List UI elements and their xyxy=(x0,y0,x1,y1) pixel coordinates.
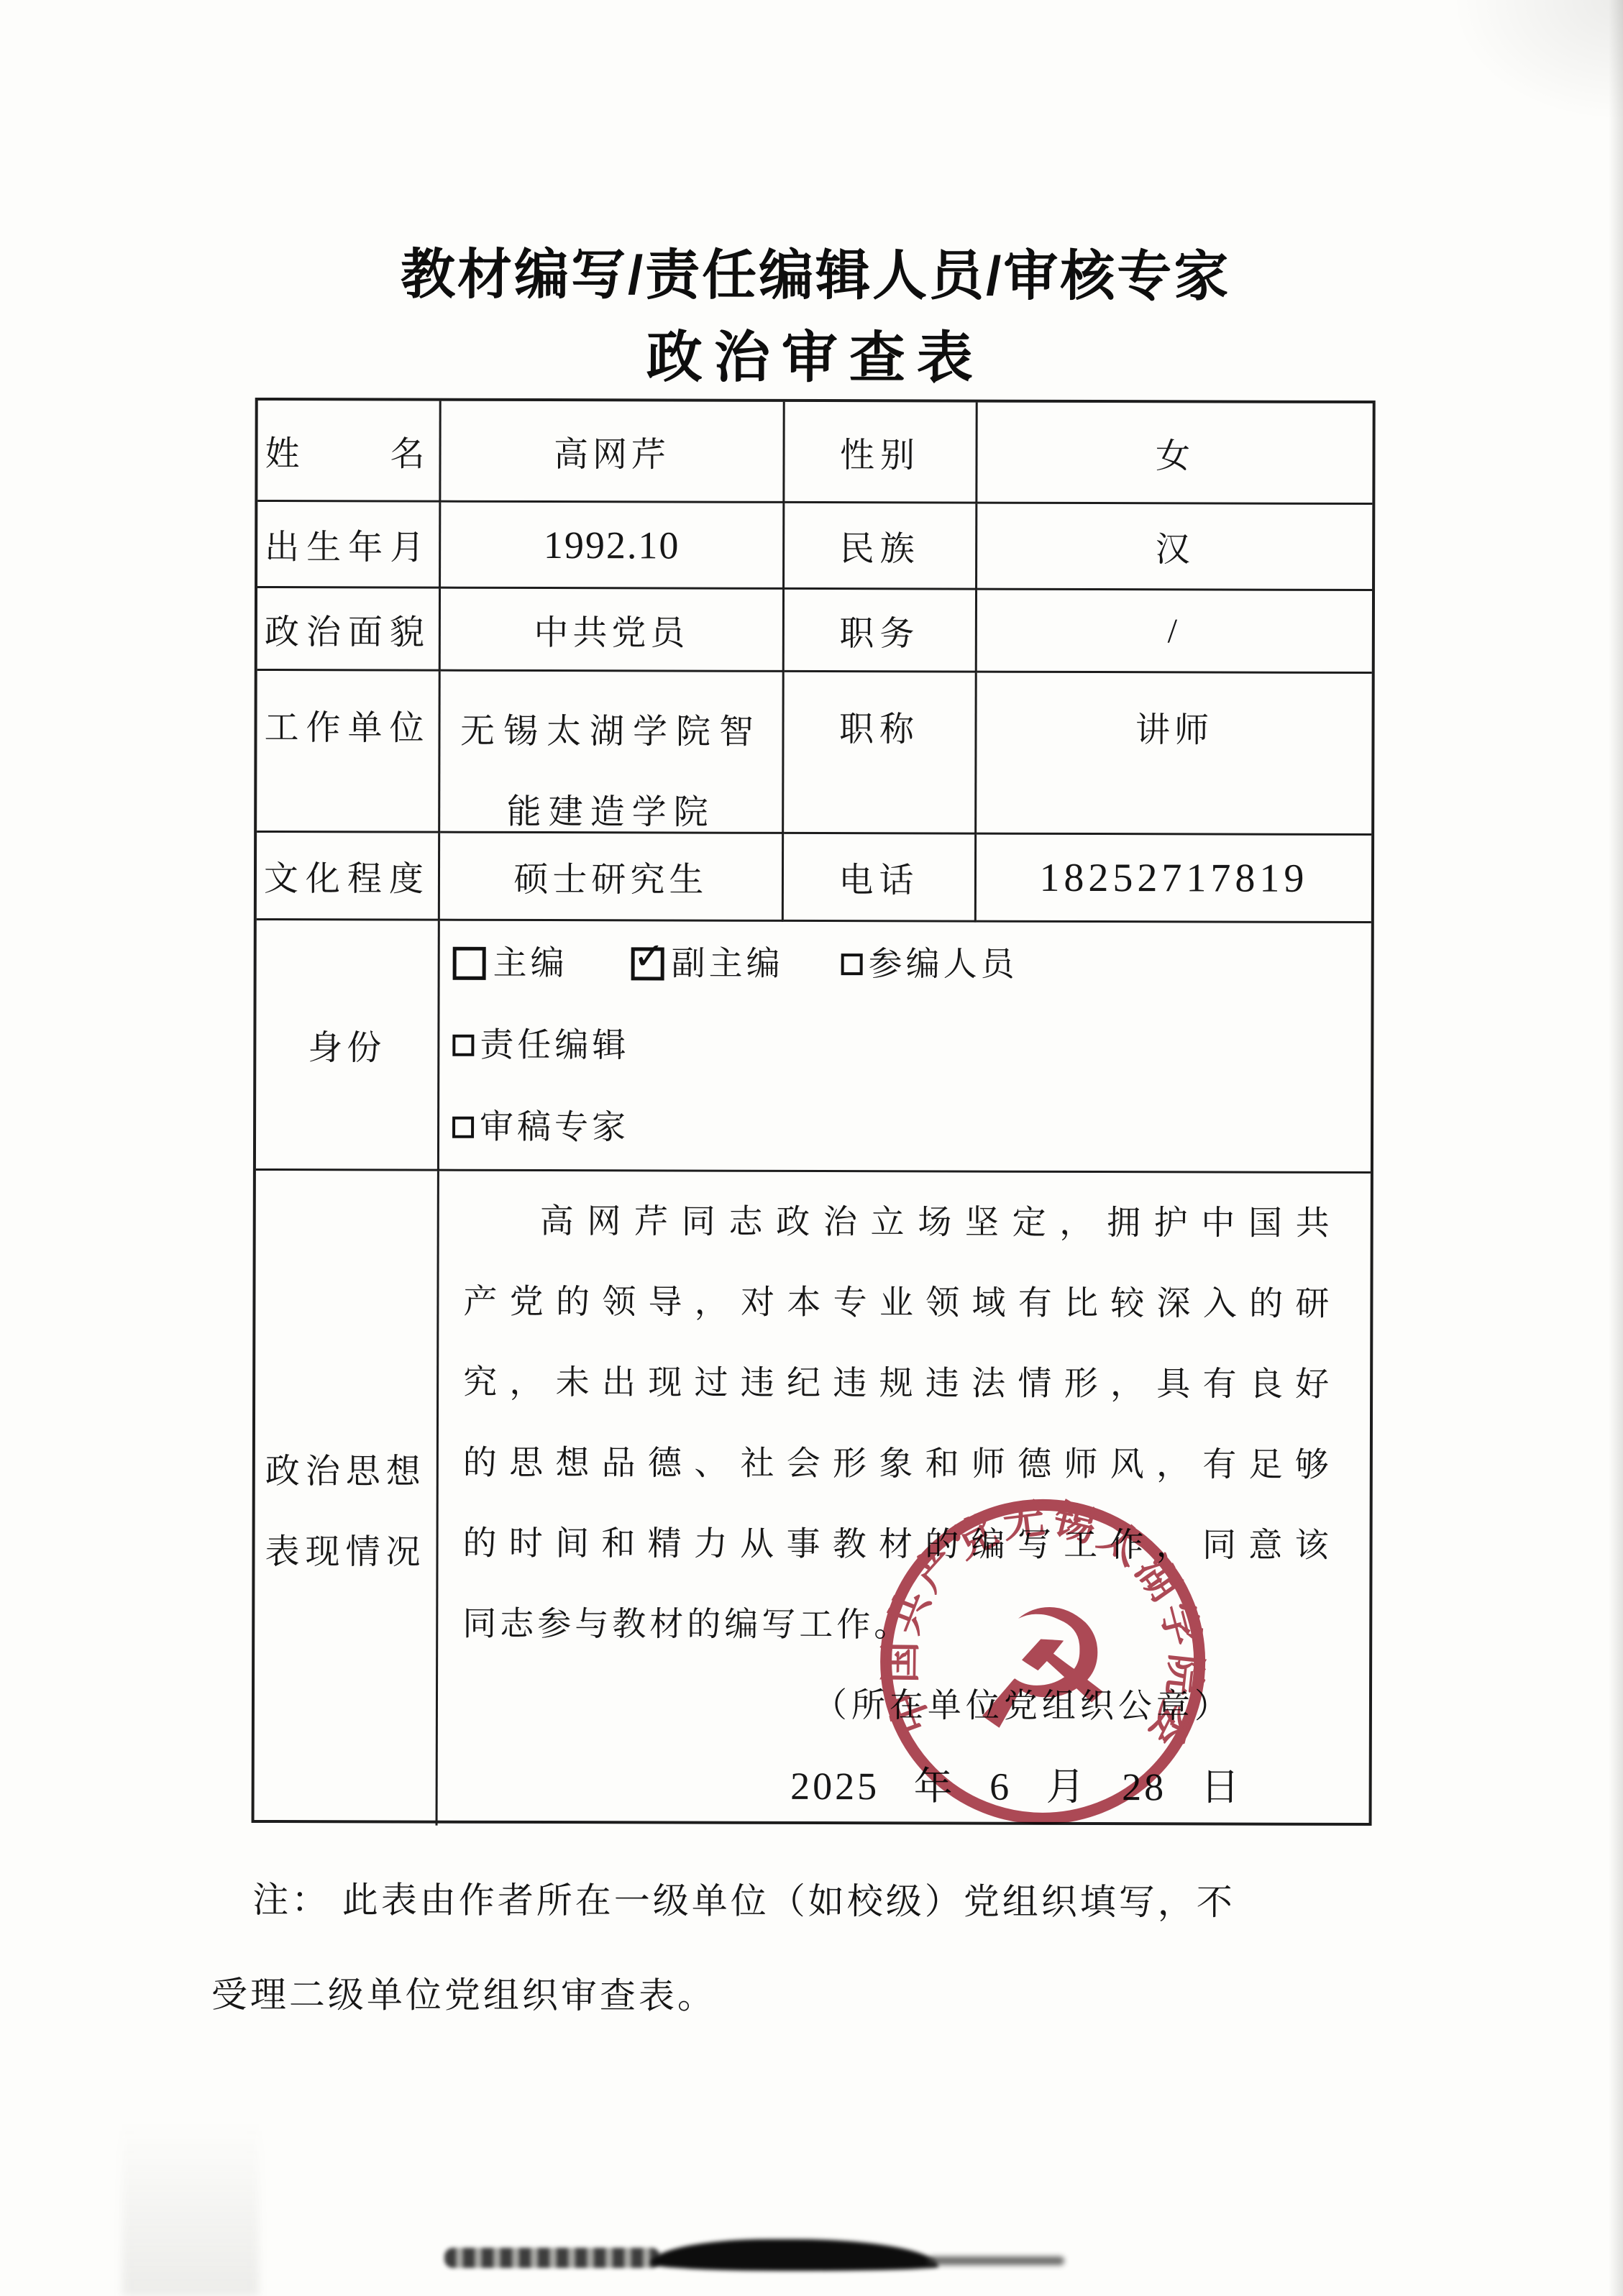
identity-option-line3: 审稿专家 xyxy=(452,1087,1371,1171)
checkbox-reviewer-expert xyxy=(452,1117,474,1138)
evaluation-line: 产党的领导，对本专业领域有比较深入的研 xyxy=(463,1262,1332,1345)
work-unit-value-line1: 无锡太湖学院智 xyxy=(460,692,762,773)
phone-value: 18252717819 xyxy=(977,835,1371,923)
phone-label: 电话 xyxy=(784,834,977,923)
document-title-line2: 政治审查表 xyxy=(255,316,1376,399)
political-thought-label-line2: 表现情况 xyxy=(265,1512,426,1593)
ethnicity-label: 民族 xyxy=(785,503,977,590)
identity-options: 主编 ✓ 副主编 参编人员 责任编辑 审稿专家 xyxy=(439,921,1371,1174)
gender-label: 性别 xyxy=(785,402,977,504)
contributor-label: 参编人员 xyxy=(869,923,1018,1006)
checkbox-responsible-editor xyxy=(452,1035,474,1056)
responsible-editor-label: 责任编辑 xyxy=(480,1005,629,1087)
evaluation-line: 究，未出现过违纪违规违法情形，具有良好 xyxy=(463,1343,1332,1425)
identity-option-line1: 主编 ✓ 副主编 参编人员 xyxy=(453,923,1371,1007)
name-value: 高网芹 xyxy=(441,401,785,503)
chief-editor-label: 主编 xyxy=(493,923,568,1005)
official-seal: 中国共产党无锡太湖学院委员会 ☭ xyxy=(870,1488,1216,1834)
scanned-form-page: 教材编写/责任编辑人员/审核专家 政治审查表 姓 名 高网芹 性别 女 出生年月… xyxy=(0,0,1623,2296)
title-rank-label: 职称 xyxy=(784,672,977,835)
political-thought-label: 政治思想 表现情况 xyxy=(255,1171,439,1826)
identity-option-line2: 责任编辑 xyxy=(452,1005,1371,1089)
position-value: / xyxy=(977,590,1372,674)
deputy-editor-label: 副主编 xyxy=(672,923,784,1005)
political-status-value: 中共党员 xyxy=(441,589,785,672)
footnote: 注： 此表由作者所在一级单位（如校级）党组织填写，不 受理二级单位党组织审查表。 xyxy=(211,1852,1391,2045)
work-unit-label: 工作单位 xyxy=(257,671,441,833)
education-value: 硕士研究生 xyxy=(440,833,784,922)
ethnicity-value: 汉 xyxy=(977,504,1372,591)
footnote-line2: 受理二级单位党组织审查表。 xyxy=(211,1947,1391,2045)
checkbox-deputy-editor-checked: ✓ xyxy=(631,947,664,980)
check-mark-icon: ✓ xyxy=(634,938,669,975)
political-status-label: 政治面貌 xyxy=(257,588,441,672)
title-rank-value: 讲师 xyxy=(977,673,1372,836)
gender-value: 女 xyxy=(977,403,1372,505)
document-title-line1: 教材编写/责任编辑人员/审核专家 xyxy=(255,233,1376,319)
name-label: 姓 名 xyxy=(257,401,441,503)
evaluation-line: 高网芹同志政治立场坚定，拥护中国共 xyxy=(464,1181,1333,1264)
political-thought-label-line1: 政治思想 xyxy=(265,1432,426,1513)
identity-label: 身份 xyxy=(256,920,440,1171)
position-label: 职务 xyxy=(785,590,977,673)
checkbox-contributor xyxy=(841,953,863,975)
footnote-line1: 注： 此表由作者所在一级单位（如校级）党组织填写，不 xyxy=(211,1852,1391,1950)
document-title: 教材编写/责任编辑人员/审核专家 政治审查表 xyxy=(255,233,1376,399)
birthdate-label: 出生年月 xyxy=(257,502,441,589)
work-unit-value: 无锡太湖学院智 能建造学院 xyxy=(440,672,785,834)
birthdate-value: 1992.10 xyxy=(441,503,785,590)
education-label: 文化程度 xyxy=(257,833,440,921)
hammer-sickle-icon: ☭ xyxy=(969,1578,1117,1764)
reviewer-expert-label: 审稿专家 xyxy=(480,1087,629,1169)
checkbox-chief-editor xyxy=(453,947,486,980)
